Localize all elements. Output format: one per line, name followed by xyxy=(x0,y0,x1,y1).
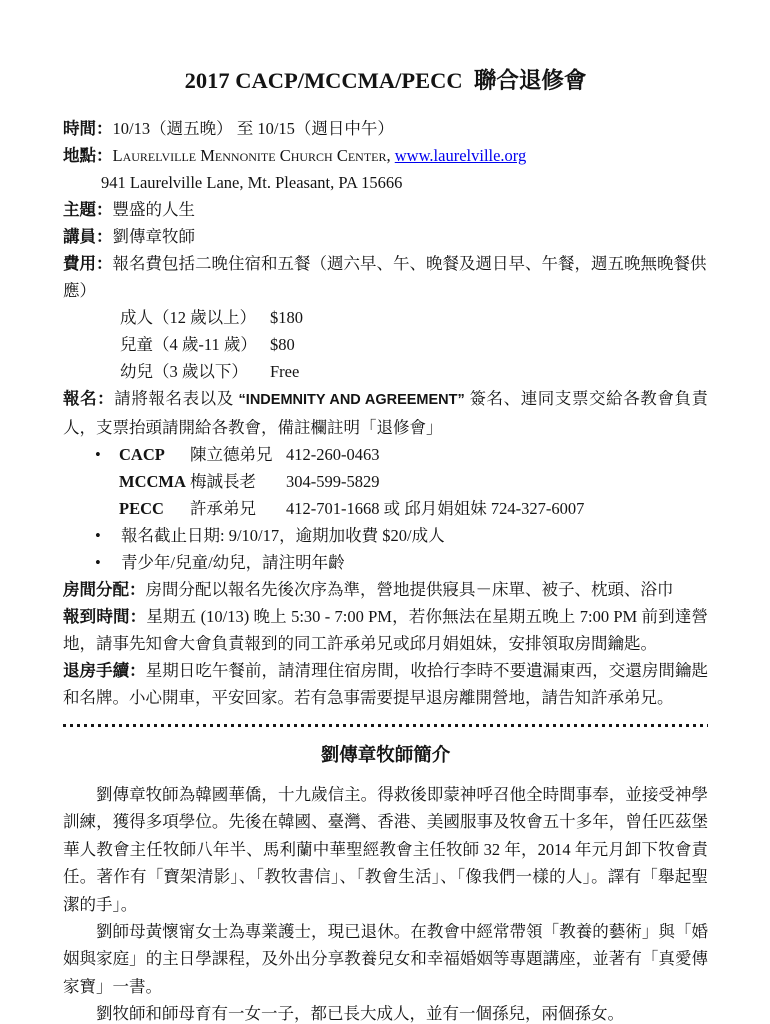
bio-paragraph-1: 劉傳章牧師為韓國華僑，十九歲信主。得救後即蒙神呼召他全時間事奉，並接受神學訓練，… xyxy=(63,781,708,918)
contact-phone: 304-599-5829 xyxy=(286,468,380,495)
fee-desc: 報名費包括二晚住宿和五餐（週六早、午、晚餐及週日早、午餐，週五晚無晚餐供應） xyxy=(63,254,707,300)
theme-line: 主題：豐盛的人生 xyxy=(63,196,708,223)
contact-name: 許承弟兄 xyxy=(190,495,286,522)
fee-line: 費用：報名費包括二晚住宿和五餐（週六早、午、晚餐及週日早、午餐，週五晚無晚餐供應… xyxy=(63,250,708,304)
fee-row-adult: 成人（12 歲以上） $180 xyxy=(120,304,708,331)
contact-name: 梅誠長老 xyxy=(190,468,286,495)
time-line: 時間：10/13（週五晚） 至 10/15（週日中午） xyxy=(63,115,708,142)
bio-heading: 劉傳章牧師簡介 xyxy=(63,742,708,770)
contact-phone: 412-260-0463 xyxy=(286,441,380,468)
contact-name: 陳立德弟兄 xyxy=(190,441,286,468)
checkout-paragraph: 退房手續：星期日吃午餐前，請清理住宿房間，收拾行李時不要遺漏東西，交還房間鑰匙和… xyxy=(63,657,708,711)
bullet-icon xyxy=(95,468,119,495)
speaker-line: 講員：劉傳章牧師 xyxy=(63,223,708,250)
time-label: 時間： xyxy=(63,119,113,138)
room-text: 房間分配以報名先後次序為準，營地提供寢具－床單、被子、枕頭、浴巾 xyxy=(146,580,674,599)
contact-row-pecc: PECC 許承弟兄 412-701-1668 或 邱月娟姐妹 724-327-6… xyxy=(95,495,708,522)
contact-org: MCCMA xyxy=(119,468,190,495)
deadline-bullet: • 報名截止日期: 9/10/17，逾期加收費 $20/成人 xyxy=(95,522,708,549)
contact-row-cacp: • CACP 陳立德弟兄 412-260-0463 xyxy=(95,441,708,468)
registration-paragraph: 報名：請將報名表以及 “INDEMNITY AND AGREEMENT” 簽名、… xyxy=(63,385,708,441)
laurelville-link[interactable]: www.laurelville.org xyxy=(395,146,527,165)
page-title: 2017 CACP/MCCMA/PECC 聯合退修會 xyxy=(63,66,708,96)
deadline-text: 報名截止日期: 9/10/17，逾期加收費 $20/成人 xyxy=(121,522,445,549)
registration-label: 報名： xyxy=(63,389,114,408)
checkin-label: 報到時間： xyxy=(63,607,146,626)
location-address: 941 Laurelville Lane, Mt. Pleasant, PA 1… xyxy=(63,169,708,196)
checkin-paragraph: 報到時間：星期五 (10/13) 晚上 5:30 - 7:00 PM，若你無法在… xyxy=(63,603,708,657)
checkin-text: 星期五 (10/13) 晚上 5:30 - 7:00 PM，若你無法在星期五晚上… xyxy=(63,607,708,653)
dotted-divider xyxy=(63,723,708,727)
bullet-icon: • xyxy=(95,549,121,576)
contact-phone: 412-701-1668 或 邱月娟姐妹 724-327-6007 xyxy=(286,495,584,522)
room-label: 房間分配： xyxy=(63,580,146,599)
fee-category: 成人（12 歲以上） xyxy=(120,304,270,331)
bullet-icon: • xyxy=(95,522,121,549)
speaker-value: 劉傳章牧師 xyxy=(113,227,196,246)
bio-paragraph-3: 劉牧師和師母育有一女一子，都已長大成人，並有一個孫兒，兩個孫女。 xyxy=(63,1000,708,1024)
contact-org: CACP xyxy=(119,441,190,468)
bullet-icon xyxy=(95,495,119,522)
location-line: 地點：Laurelville Mennonite Church Center, … xyxy=(63,142,708,169)
document-page: 2017 CACP/MCCMA/PECC 聯合退修會 時間：10/13（週五晚）… xyxy=(0,0,770,1024)
checkout-label: 退房手續： xyxy=(63,661,146,680)
theme-value: 豐盛的人生 xyxy=(113,200,196,219)
registration-text-before: 請將報名表以及 xyxy=(114,389,238,408)
fee-price: $80 xyxy=(270,331,295,358)
speaker-label: 講員： xyxy=(63,227,113,246)
contact-org: PECC xyxy=(119,495,190,522)
fee-row-toddler: 幼兒（3 歲以下） Free xyxy=(120,358,708,385)
location-label: 地點： xyxy=(63,146,113,165)
fee-price: $180 xyxy=(270,304,303,331)
fee-category: 幼兒（3 歲以下） xyxy=(120,358,270,385)
checkout-text: 星期日吃午餐前，請清理住宿房間，收拾行李時不要遺漏東西，交還房間鑰匙和名牌。小心… xyxy=(63,661,708,707)
contact-row-mccma: MCCMA 梅誠長老 304-599-5829 xyxy=(95,468,708,495)
fee-label: 費用： xyxy=(63,254,113,273)
time-value: 10/13（週五晚） 至 10/15（週日中午） xyxy=(113,119,394,138)
bio-paragraph-2: 劉師母黃懷甯女士為專業護士，現已退休。在教會中經常帶領「教養的藝術」與「婚姻與家… xyxy=(63,918,708,1000)
theme-label: 主題： xyxy=(63,200,113,219)
indemnity-agreement-text: “INDEMNITY AND AGREEMENT” xyxy=(239,392,465,408)
bullet-icon: • xyxy=(95,441,119,468)
location-name: Laurelville Mennonite Church Center, xyxy=(113,146,391,165)
fee-row-child: 兒童（4 歲-11 歲） $80 xyxy=(120,331,708,358)
age-note-bullet: • 青少年/兒童/幼兒，請注明年齡 xyxy=(95,549,708,576)
fee-category: 兒童（4 歲-11 歲） xyxy=(120,331,270,358)
fee-price: Free xyxy=(270,358,299,385)
age-note-text: 青少年/兒童/幼兒，請注明年齡 xyxy=(121,549,345,576)
room-assignment-paragraph: 房間分配：房間分配以報名先後次序為準，營地提供寢具－床單、被子、枕頭、浴巾 xyxy=(63,576,708,603)
